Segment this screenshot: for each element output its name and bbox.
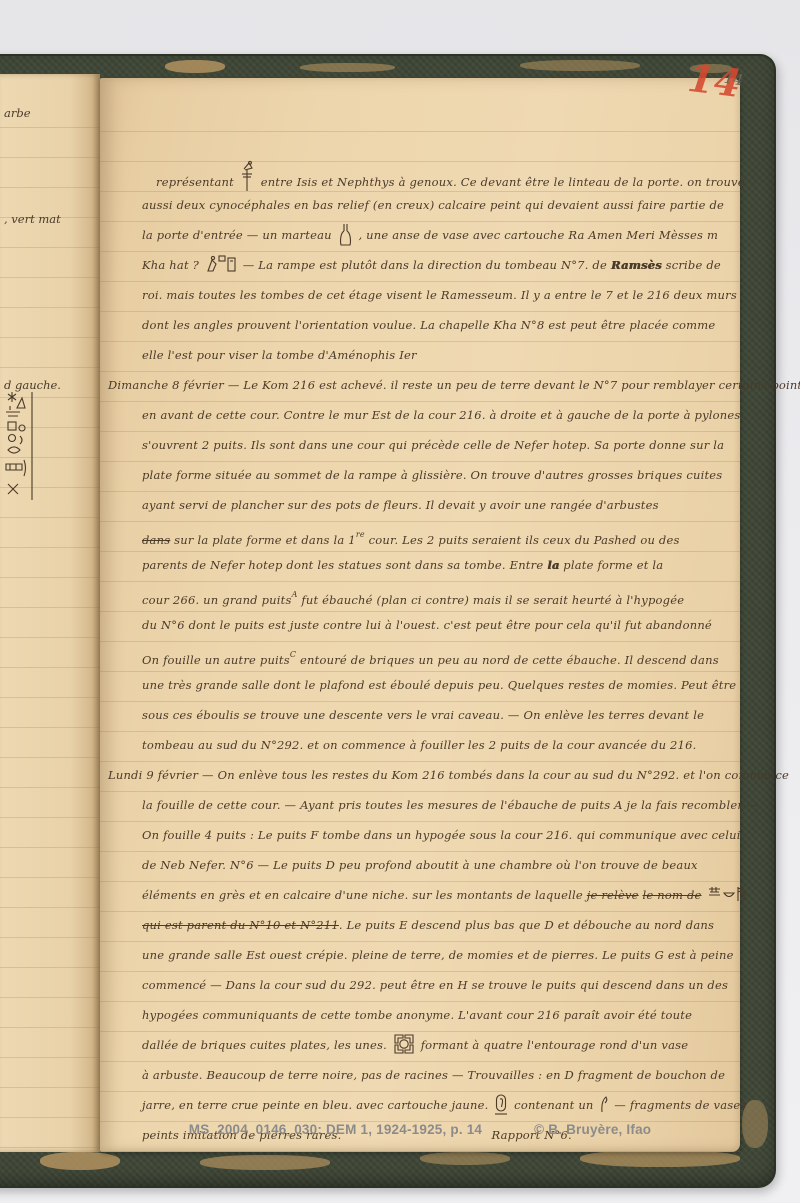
cover-wear-patch	[200, 1155, 330, 1170]
handwritten-text: — Le Kom 216 est achevé. il reste un peu…	[224, 378, 800, 392]
margin-hieroglyphs-sketch	[2, 388, 56, 506]
manuscript-content: représentant entre Isis et Nephthys à ge…	[142, 160, 734, 1150]
handwritten-text: Kha hat ?	[142, 258, 203, 272]
handwritten-text: en avant de cette cour. Contre le mur Es…	[142, 408, 740, 422]
cover-wear-patch	[165, 60, 225, 73]
hieroglyph-group-sketch	[205, 254, 237, 273]
handwritten-text: la	[547, 558, 559, 572]
entry-date: Lundi 9 février	[108, 768, 198, 782]
handwritten-text: éléments en grès et en calcaire d'une ni…	[142, 888, 587, 902]
handwritten-text: fut ébauché (plan ci contre) mais il se …	[298, 593, 685, 607]
manuscript-line: tombeau au sud du N°292. et on commence …	[142, 730, 734, 760]
manuscript-line: Lundi 9 février — On enlève tous les res…	[142, 760, 734, 790]
manuscript-line: Kha hat ? — La rampe est plutôt dans la …	[142, 250, 734, 280]
manuscript-line: ayant servi de plancher sur des pots de …	[142, 490, 734, 520]
margin-fragment: , vert mat	[4, 212, 61, 226]
handwritten-text: la fouille de cette cour. — Ayant pris t…	[142, 798, 759, 812]
photo-background: arbe, vert matd gauche. représentant	[0, 0, 800, 1203]
handwritten-text: parents de Nefer hotep dont les statues …	[142, 558, 547, 572]
handwritten-text: hypogées communiquants de cette tombe an…	[142, 1008, 692, 1022]
manuscript-line: Dimanche 8 février — Le Kom 216 est ache…	[142, 370, 734, 400]
handwritten-text: s'ouvrent 2 puits. Ils sont dans une cou…	[142, 438, 724, 452]
margin-fragment: arbe	[4, 106, 31, 120]
handwritten-text: re	[356, 530, 365, 539]
handwritten-text: entouré de briques un peu au nord de cet…	[296, 653, 719, 667]
handwritten-text: formant à quatre l'entourage rond d'un v…	[417, 1038, 688, 1052]
handwritten-text: On fouille 4 puits : Le puits F tombe da…	[142, 828, 741, 842]
manuscript-line: s'ouvrent 2 puits. Ils sont dans une cou…	[142, 430, 734, 460]
handwritten-text: une très grande salle dont le plafond es…	[142, 678, 736, 692]
manuscript-line: la porte d'entrée — un marteau , une ans…	[142, 220, 734, 250]
cover-wear-patch	[580, 1150, 740, 1167]
manuscript-line: sous ces éboulis se trouve une descente …	[142, 700, 734, 730]
osiris-emblem-sketch	[240, 160, 255, 192]
cover-wear-patch	[520, 60, 640, 71]
handwritten-text: entre Isis et Nephthys à genoux. Ce deva…	[257, 175, 745, 189]
handwritten-text: . Le puits E descend plus bas que D et d…	[339, 918, 714, 932]
caption-id: MS_2004_0146_030: DEM 1, 1924-1925, p. 1…	[189, 1122, 482, 1137]
handwritten-text: dont les angles prouvent l'orientation v…	[142, 318, 715, 332]
cover-wear-patch	[420, 1152, 510, 1165]
handwritten-text: la porte d'entrée — un marteau	[142, 228, 336, 242]
handwritten-text: à arbuste. Beaucoup de terre noire, pas …	[142, 1068, 725, 1082]
caption: MS_2004_0146_030: DEM 1, 1924-1925, p. 1…	[100, 1122, 740, 1137]
manuscript-line: hypogées communiquants de cette tombe an…	[142, 1000, 734, 1030]
handwritten-text: , une anse de vase avec cartouche Ra Ame…	[355, 228, 719, 242]
manuscript-page: représentant entre Isis et Nephthys à ge…	[100, 78, 740, 1152]
handwritten-text: plate forme et la	[559, 558, 663, 572]
manuscript-line: jarre, en terre crue peinte en bleu. ave…	[142, 1090, 734, 1120]
cover-wear-patch	[40, 1152, 120, 1170]
handwritten-text	[702, 888, 706, 902]
manuscript-line: dallée de briques cuites plates, les une…	[142, 1030, 734, 1060]
handwritten-text: de Neb Nefer. N°6 — Le puits D peu profo…	[142, 858, 698, 872]
handwritten-text: dans	[142, 533, 170, 547]
previous-page-edge: arbe, vert matd gauche.	[0, 74, 100, 1152]
mallet-sketch	[338, 223, 353, 247]
handwritten-text: plate forme située au sommet de la rampe…	[142, 468, 722, 482]
hieroglyph-name-sketch	[707, 885, 747, 903]
manuscript-line: On fouille un autre puitsC entouré de br…	[142, 640, 734, 670]
handwritten-text: cour 266. un grand puits	[142, 593, 292, 607]
manuscript-line: plate forme située au sommet de la rampe…	[142, 460, 734, 490]
handwritten-text: scribe de	[662, 258, 721, 272]
manuscript-line: à arbuste. Beaucoup de terre noire, pas …	[142, 1060, 734, 1090]
handwritten-text: le nom de	[643, 888, 702, 902]
handwritten-text: — On enlève tous les restes du Kom 216 t…	[198, 768, 789, 782]
manuscript-line: dans sur la plate forme et dans la 1re c…	[142, 520, 734, 550]
manuscript-line: aussi deux cynocéphales en bas relief (e…	[142, 190, 734, 220]
reed-glyph-sketch	[599, 1095, 608, 1113]
handwritten-text: tombeau au sud du N°292. et on commence …	[142, 738, 696, 752]
handwritten-text: je relève	[587, 888, 639, 902]
manuscript-line: la fouille de cette cour. — Ayant pris t…	[142, 790, 734, 820]
handwritten-text: aussi deux cynocéphales en bas relief (e…	[142, 198, 724, 212]
handwritten-text: elle l'est pour viser la tombe d'Aménoph…	[142, 348, 417, 362]
handwritten-text: — fragments de vases	[610, 1098, 746, 1112]
manuscript-line: du N°6 dont le puits est juste contre lu…	[142, 610, 734, 640]
manuscript-line: cour 266. un grand puitsA fut ébauché (p…	[142, 580, 734, 610]
manuscript-line: On fouille 4 puits : Le puits F tombe da…	[142, 820, 734, 850]
handwritten-text: jarre, en terre crue peinte en bleu. ave…	[142, 1098, 492, 1112]
manuscript-line: parents de Nefer hotep dont les statues …	[142, 550, 734, 580]
handwritten-text: représentant	[156, 175, 238, 189]
cartouche-sketch	[494, 1094, 508, 1116]
manuscript-line: une très grande salle dont le plafond es…	[142, 670, 734, 700]
handwritten-text: sous ces éboulis se trouve une descente …	[142, 708, 704, 722]
manuscript-line: qui est parent du N°10 et N°211. Le puit…	[142, 910, 734, 940]
handwritten-text: — La rampe est plutôt dans la direction …	[239, 258, 611, 272]
manuscript-line: elle l'est pour viser la tombe d'Aménoph…	[142, 340, 734, 370]
handwritten-text: une grande salle Est ouest crépie. plein…	[142, 948, 734, 962]
handwritten-text: dallée de briques cuites plates, les une…	[142, 1038, 391, 1052]
bricks-diagram-sketch	[393, 1033, 415, 1055]
handwritten-text: commencé — Dans la cour sud du 292. peut…	[142, 978, 728, 992]
caption-credit: © B. Bruyère, Ifao	[534, 1122, 651, 1137]
handwritten-text: ayant servi de plancher sur des pots de …	[142, 498, 659, 512]
ruled-lines	[0, 74, 100, 1152]
cover-wear-patch	[300, 63, 395, 72]
handwritten-text: Ramsès	[611, 258, 662, 272]
manuscript-line: dont les angles prouvent l'orientation v…	[142, 310, 734, 340]
manuscript-line: une grande salle Est ouest crépie. plein…	[142, 940, 734, 970]
page-number-pencil: 14	[723, 69, 745, 90]
manuscript-line: en avant de cette cour. Contre le mur Es…	[142, 400, 734, 430]
handwritten-text: contenant un	[510, 1098, 597, 1112]
manuscript-line: éléments en grès et en calcaire d'une ni…	[142, 880, 734, 910]
handwritten-text: sur la plate forme et dans la 1	[170, 533, 356, 547]
manuscript-line: commencé — Dans la cour sud du 292. peut…	[142, 970, 734, 1000]
manuscript-line: de Neb Nefer. N°6 — Le puits D peu profo…	[142, 850, 734, 880]
manuscript-line: représentant entre Isis et Nephthys à ge…	[142, 160, 734, 190]
handwritten-text: On fouille un autre puits	[142, 653, 290, 667]
entry-date: Dimanche 8 février	[108, 378, 224, 392]
handwritten-text: qui est parent du N°10 et N°211	[142, 918, 339, 932]
handwritten-text: roi. mais toutes les tombes de cet étage…	[142, 288, 737, 302]
handwritten-text: du N°6 dont le puits est juste contre lu…	[142, 618, 712, 632]
handwritten-text: cour. Les 2 puits seraient ils ceux du P…	[365, 533, 680, 547]
manuscript-line: roi. mais toutes les tombes de cet étage…	[142, 280, 734, 310]
